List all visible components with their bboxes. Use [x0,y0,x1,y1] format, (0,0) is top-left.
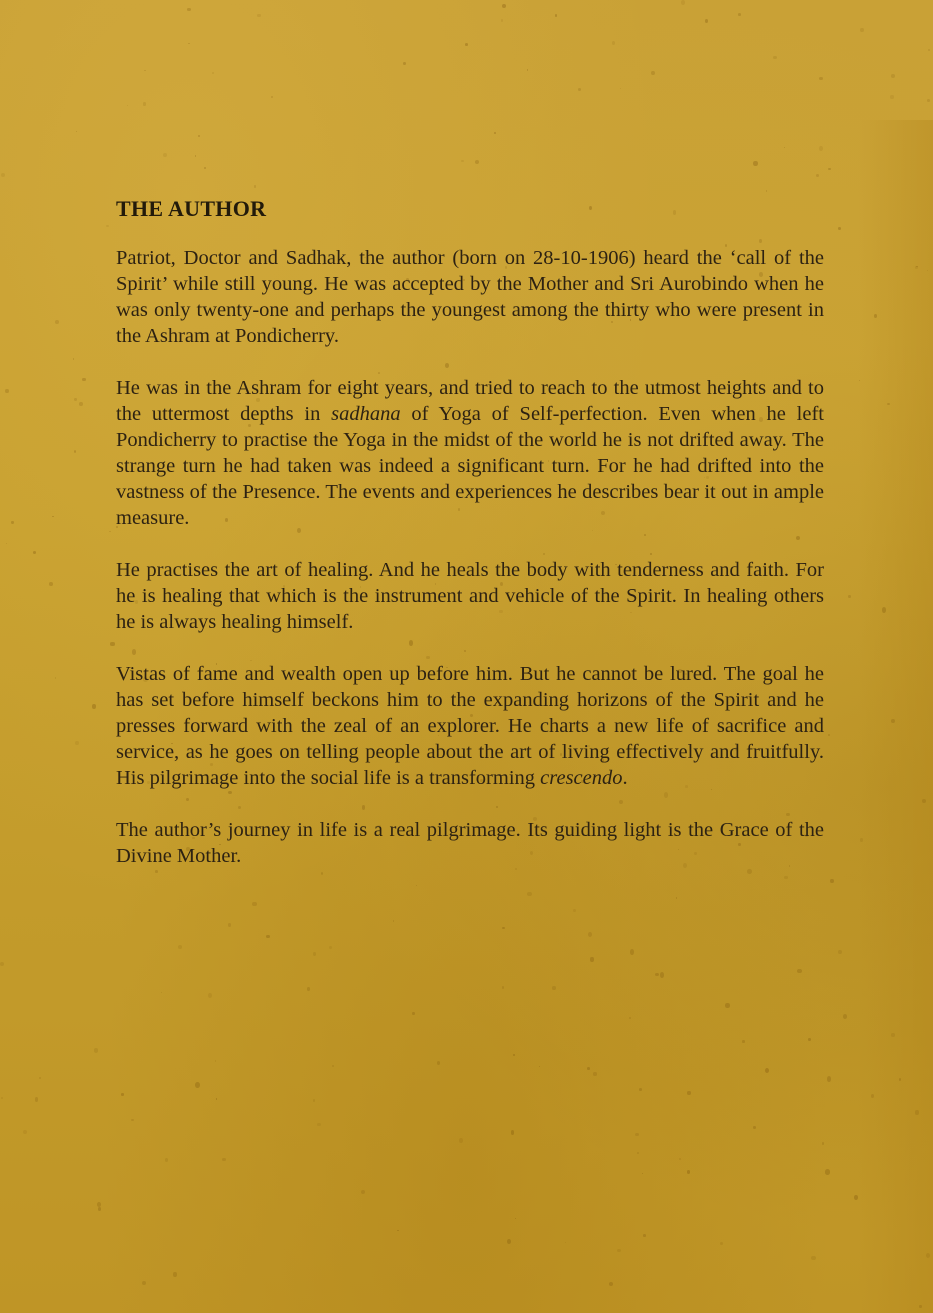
paragraph-journey: The author’s journey in life is a real p… [116,817,824,869]
paragraph-vistas-before: Vistas of fame and wealth open up before… [116,663,824,789]
paragraph-healing: He practises the art of healing. And he … [116,557,824,635]
paragraph-vistas: Vistas of fame and wealth open up before… [116,661,824,791]
crescendo-term: crescendo [540,767,622,789]
paper-edge-shadow [858,120,933,1313]
author-bio-page: THE AUTHOR Patriot, Doctor and Sadhak, t… [116,196,824,895]
paragraph-vistas-after: . [623,767,628,789]
paragraph-intro: Patriot, Doctor and Sadhak, the author (… [116,245,824,349]
section-title: THE AUTHOR [116,196,824,222]
paragraph-ashram: He was in the Ashram for eight years, an… [116,375,824,531]
sadhana-term: sadhana [331,403,400,425]
